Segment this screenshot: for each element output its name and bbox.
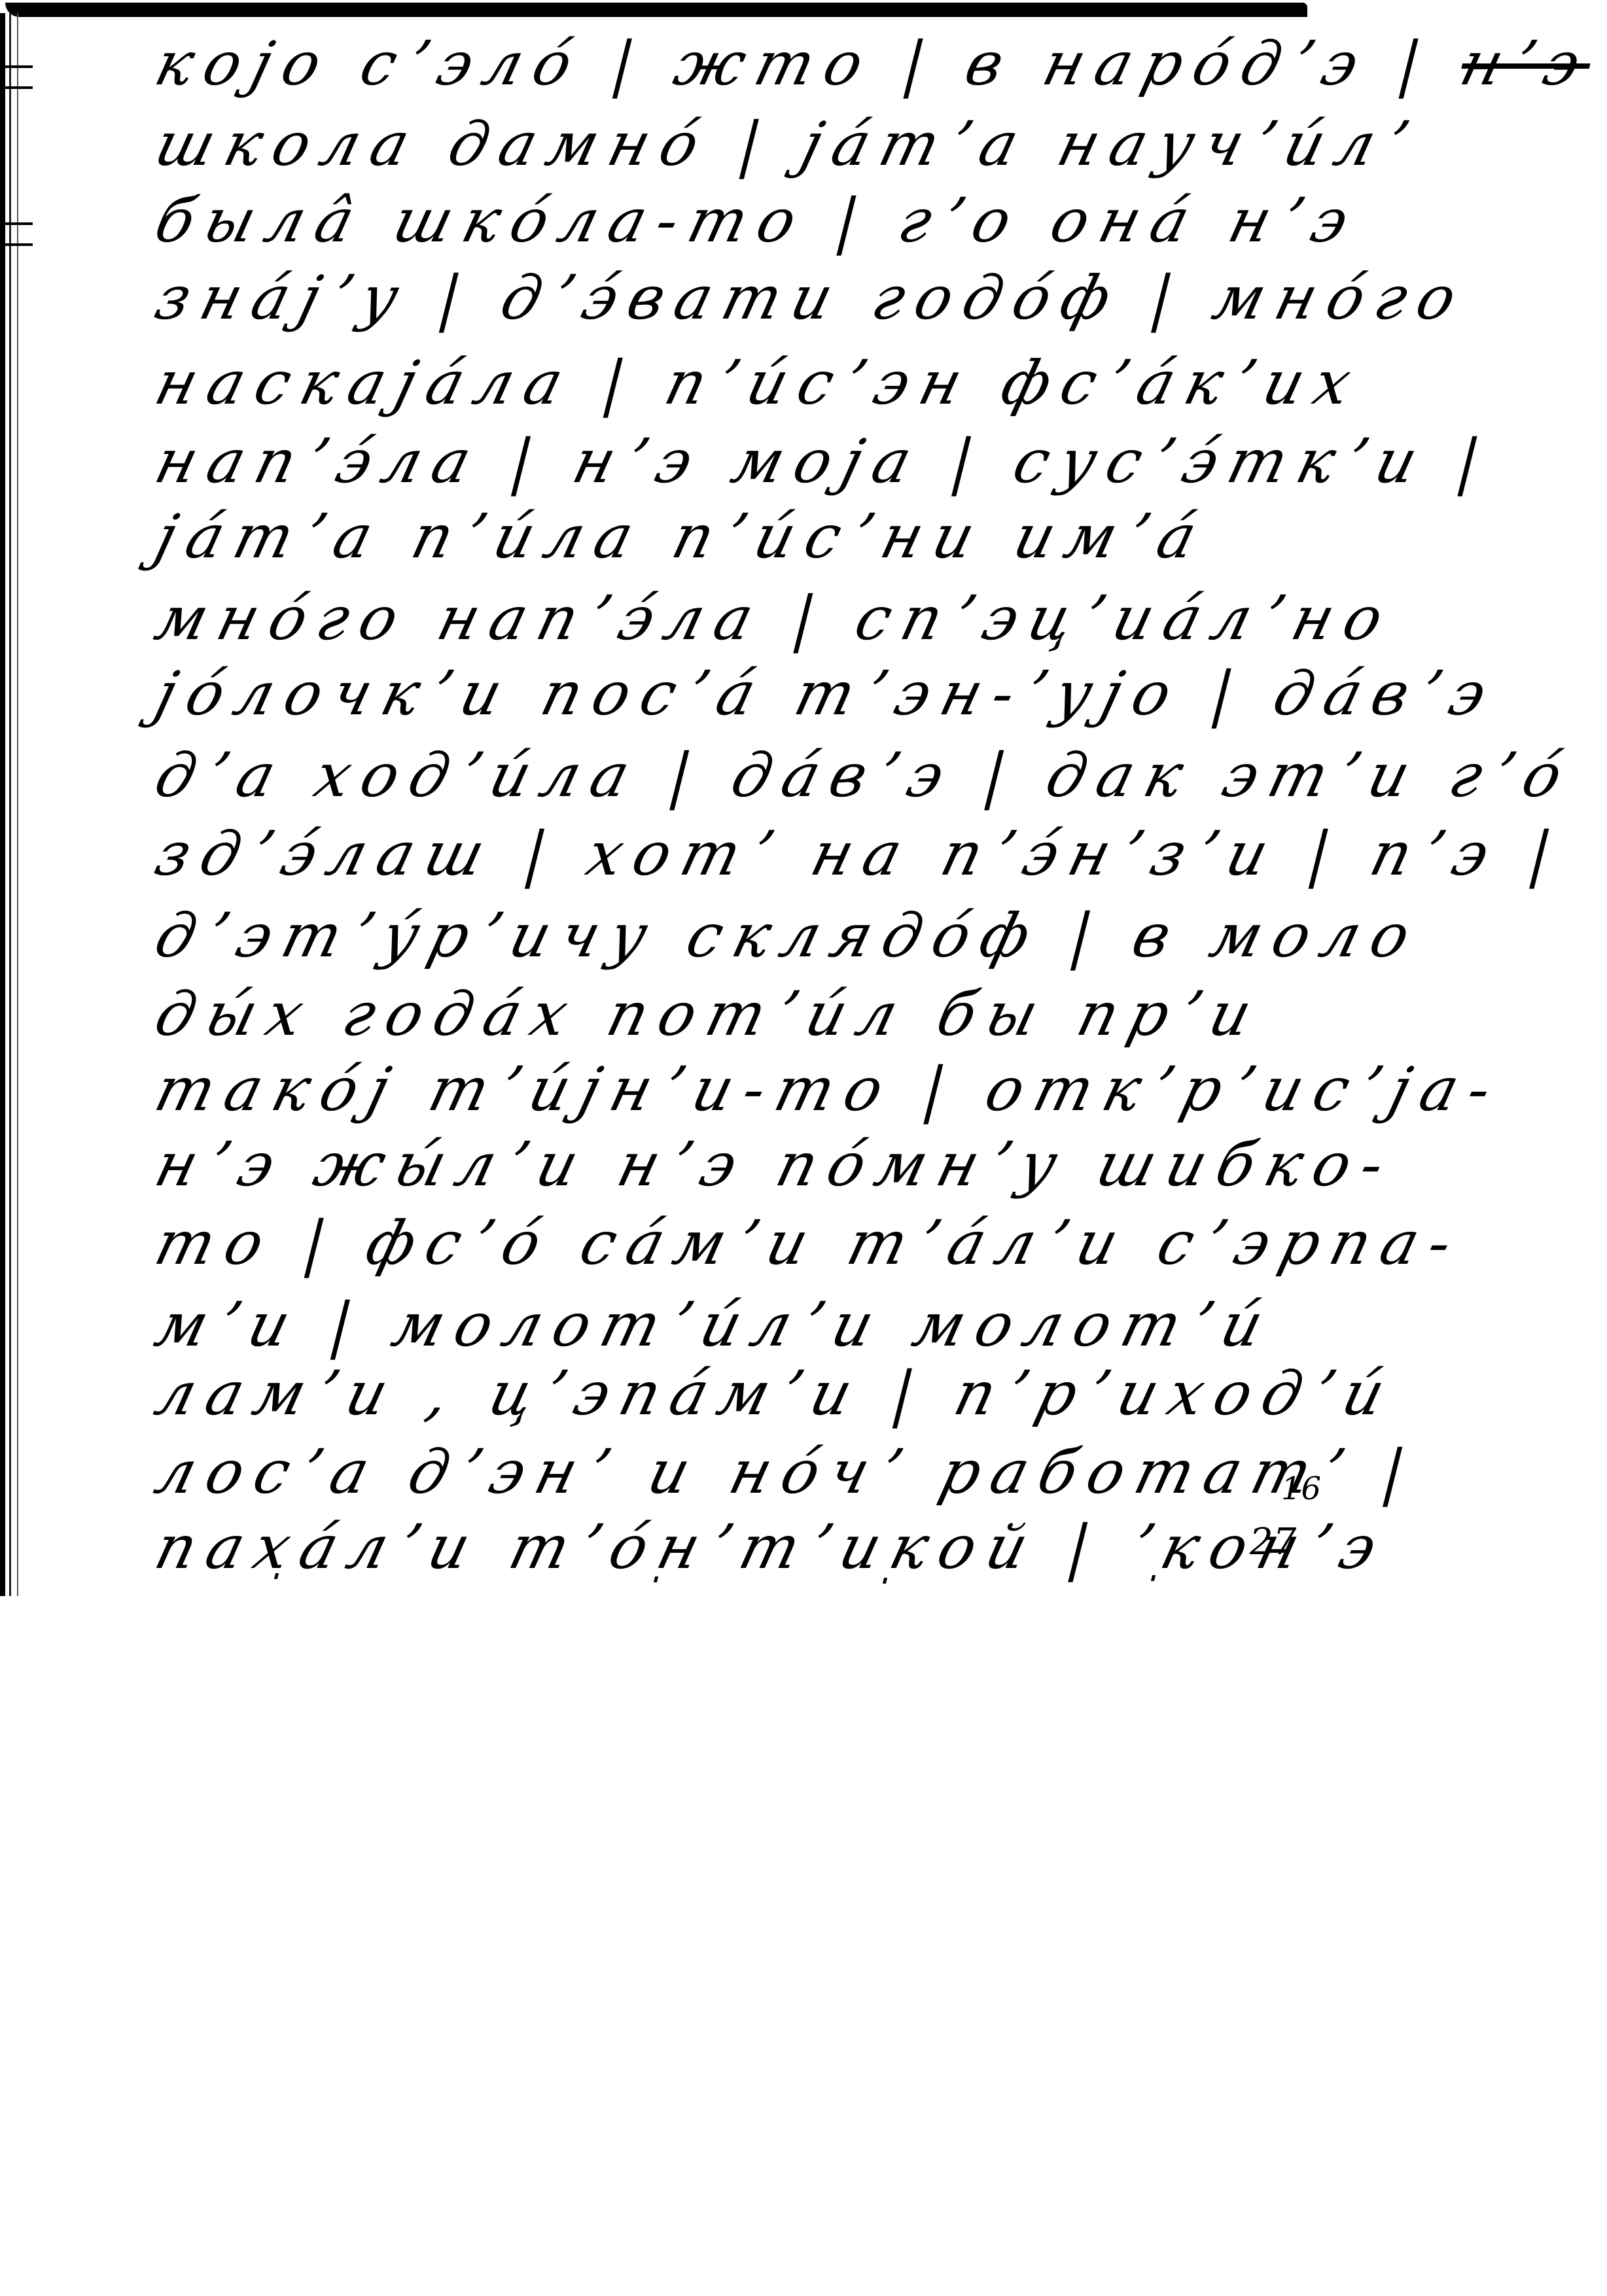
text-line-17: мʼи | молотʼи́лʼи молотʼи́ [150, 1295, 1280, 1355]
text-line-4: зна́јʼу | дʼэ́вати годо́ф | мно́го [150, 268, 1474, 328]
text-line-11: здʼэ́лаш | хотʼ на пʼэ́нʼзʼи | пʼэ | [150, 824, 1570, 884]
text-line-8: мно́го напʼэ́ла | спʼэцʼиа́лʼно [150, 589, 1401, 649]
text-line-1: којо сʼэло́ | жто | в наро́дʼэ | нʼэ [150, 34, 1598, 94]
text-line-6: напʼэ́ла | нʼэ моја | сусʼэ́ткʼи | [150, 432, 1498, 492]
page-number-upper: 16 [1281, 1473, 1321, 1505]
page-number-lower: 27 [1250, 1524, 1296, 1561]
text-line-20: паха́лʼи тʼо́нʼтʼикой | ʼконʼэ [150, 1518, 1394, 1578]
text-line-12: дʼэтʼу́рʼичу склядо́ф | в моло [150, 906, 1428, 966]
text-line-5: наскаја́ла | пʼи́сʼэн фсʼа́кʼих [150, 353, 1369, 413]
line-text: којо сʼэло́ | жто | в наро́дʼэ | [149, 29, 1440, 99]
binding-clip [0, 65, 33, 89]
text-line-2: школа дамно́ | ја́тʼа научʼи́лʼ [150, 114, 1424, 175]
left-binding-edge [0, 13, 26, 1596]
text-line-7: ја́тʼа пʼи́ла пʼи́сʼни имʼа́ [150, 507, 1214, 567]
top-edge-rule [5, 3, 1307, 17]
text-line-15: нʼэ жы́лʼи нʼэ по́мнʼу шибко- [150, 1135, 1402, 1195]
manuscript-page: којо сʼэло́ | жто | в наро́дʼэ | нʼэ шко… [0, 0, 1607, 2296]
struck-text: нʼэ [1454, 29, 1599, 99]
text-line-9: јо́лочкʼи посʼа́ тʼэн-ʼујо | да́вʼэ [150, 664, 1504, 724]
text-line-13: ды́х года́х потʼи́л бы прʼи [150, 984, 1269, 1045]
text-line-16: то | фсʼо́ са́мʼи тʼа́лʼи сʼэрпа- [150, 1213, 1470, 1274]
text-line-10: дʼа ходʼи́ла | да́вʼэ | дак этʼи гʼо́ [150, 746, 1580, 806]
text-line-3: была̂ шко́ла-то | гʼо она́ нʼэ [150, 191, 1366, 251]
text-line-14: тако́ј тʼи́јнʼи-то | откʼрʼисʼја- [150, 1060, 1509, 1120]
text-line-19: лосʼа дʼэнʼ и но́чʼ работатʼ | [150, 1442, 1423, 1503]
text-line-18: ламʼи , цʼэпа́мʼи | пʼрʼиходʼи́ [150, 1364, 1402, 1424]
binding-clip [0, 222, 33, 246]
